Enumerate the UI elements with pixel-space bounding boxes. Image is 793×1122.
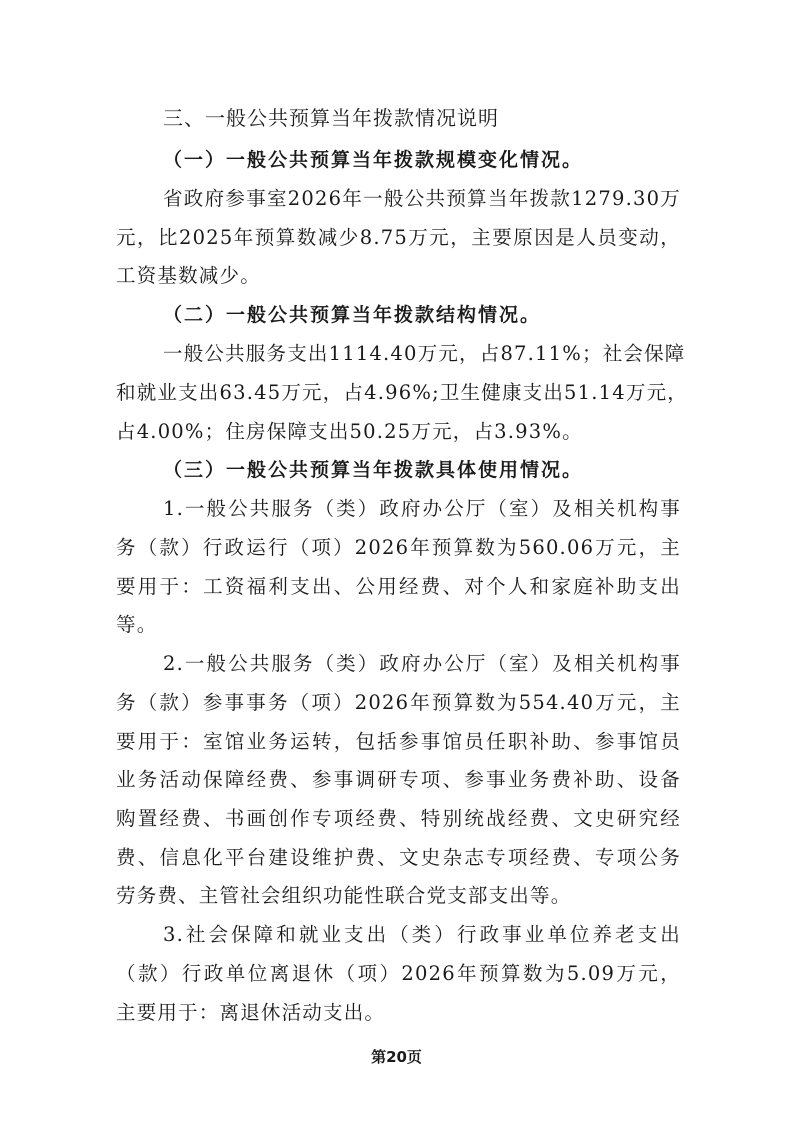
item-1-line: 1.一般公共服务（类）政府办公厅（室）及相关机构事	[163, 495, 681, 523]
item-2-line: 劳务费、主管社会组织功能性联合党支部支出等。	[116, 882, 681, 910]
page-number: 第20页	[0, 1046, 793, 1067]
item-2-line: 2.一般公共服务（类）政府办公厅（室）及相关机构事	[163, 650, 681, 678]
item-3-line: 3.社会保障和就业支出（类）行政事业单位养老支出	[163, 921, 681, 949]
item-3-line: 主要用于：离退休活动支出。	[116, 999, 681, 1027]
item-3-line: （款）行政单位离退休（项）2026年预算数为5.09万元，	[116, 960, 681, 988]
item-2-line: 要用于：室馆业务运转，包括参事馆员任职补助、参事馆员	[116, 728, 681, 756]
section-title: 三、一般公共预算当年拨款情况说明	[163, 104, 728, 132]
paragraph-line: 元，比2025年预算数减少8.75万元，主要原因是人员变动，	[116, 224, 681, 252]
item-2-line: 费、信息化平台建设维护费、文史杂志专项经费、专项公务	[116, 844, 681, 872]
item-1-line: 要用于：工资福利支出、公用经费、对个人和家庭补助支出	[116, 573, 681, 601]
item-1-line: 等。	[116, 611, 681, 639]
paragraph-line: 一般公共服务支出1114.40万元，占87.11%；社会保障	[163, 340, 681, 368]
paragraph-line: 占4.00%；住房保障支出50.25万元，占3.93%。	[116, 418, 681, 446]
paragraph-line: 和就业支出63.45万元，占4.96%;卫生健康支出51.14万元，	[116, 379, 681, 407]
item-2-line: 购置经费、书画创作专项经费、特别统战经费、文史研究经	[116, 805, 681, 833]
item-1-line: 务（款）行政运行（项）2026年预算数为560.06万元，主	[116, 534, 681, 562]
paragraph-line: 工资基数减少。	[116, 262, 681, 290]
subsection-heading-2: （二）一般公共预算当年拨款结构情况。	[163, 301, 728, 329]
paragraph-line: 省政府参事室2026年一般公共预算当年拨款1279.30万	[163, 185, 681, 213]
subsection-heading-3: （三）一般公共预算当年拨款具体使用情况。	[163, 456, 728, 484]
subsection-heading-1: （一）一般公共预算当年拨款规模变化情况。	[163, 146, 728, 174]
item-2-line: 务（款）参事事务（项）2026年预算数为554.40万元，主	[116, 689, 681, 717]
item-2-line: 业务活动保障经费、参事调研专项、参事业务费补助、设备	[116, 766, 681, 794]
document-page: 三、一般公共预算当年拨款情况说明 （一）一般公共预算当年拨款规模变化情况。 省政…	[0, 0, 793, 1122]
